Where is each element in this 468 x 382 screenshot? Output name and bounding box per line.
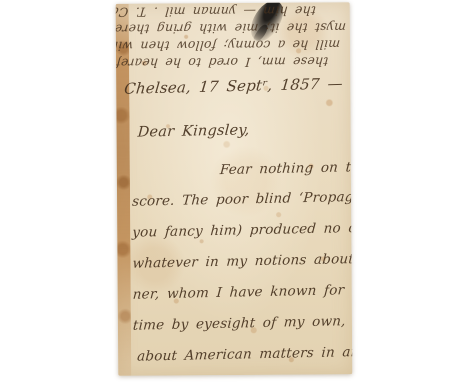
letter-body-line: time by eyesight of my own, — not <box>132 312 352 334</box>
letter-dateline: Chelsea, 17 Septʳ, 1857 — <box>123 74 343 97</box>
letter-body-line: ner, whom I have known for a long <box>132 281 352 303</box>
letter-page: the him — ynman mil . T. Carlyle myst th… <box>116 2 353 376</box>
inverted-closing-line: the him — ynman mil . T. Carlyle <box>116 3 347 20</box>
inverted-closing-line: mill he a comny; follow then will get me… <box>116 37 347 54</box>
letter-body-line: Fear nothing on that <box>219 159 352 178</box>
letter-body-line: you fancy him) produced no change <box>132 219 353 241</box>
letter-photograph: the him — ynman mil . T. Carlyle myst th… <box>0 0 468 382</box>
inverted-closing-line: myst the it; mie with gring there they m… <box>116 20 347 37</box>
letter-body-line: score. The poor blind ‘Propagandist’ (as <box>132 187 353 209</box>
letter-salutation: Dear Kingsley, <box>137 122 250 140</box>
inverted-closing-line: these mm, I ored to he heareful out it. … <box>116 54 347 71</box>
letter-body-line: whatever in my notions about Sum- <box>132 250 352 272</box>
letter-body-line: about American matters in any w <box>137 343 353 364</box>
